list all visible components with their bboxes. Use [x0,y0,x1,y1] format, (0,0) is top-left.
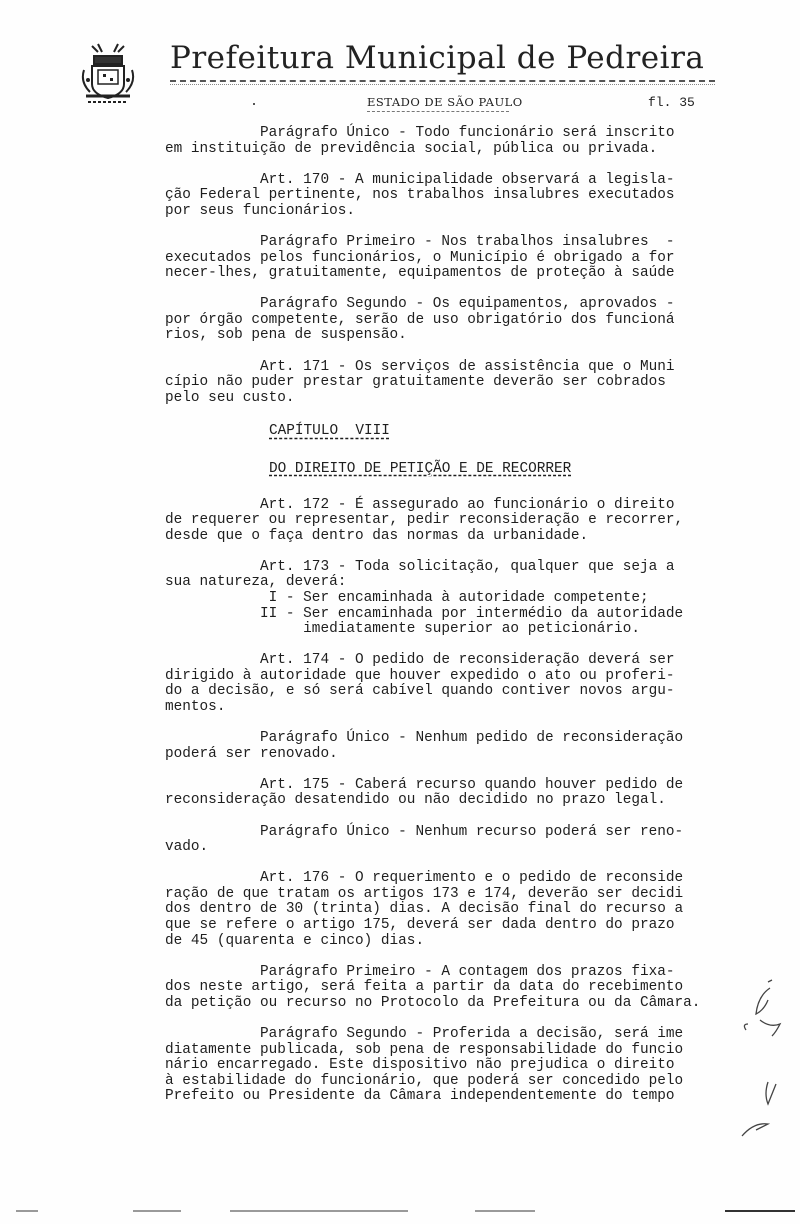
document-page: Prefeitura Municipal de Pedreira ESTADO … [0,0,800,1224]
text-line: cípio não puder prestar gratuitamente de… [165,375,745,391]
text-line: necer-lhes, gratuitamente, equipamentos … [165,266,745,282]
paragraph-art-171: Art. 171 - Os serviços de assistência qu… [165,360,745,407]
scan-artifact [230,1210,408,1212]
paragraph-art-176-paragrafo-segundo: Parágrafo Segundo - Proferida a decisão,… [165,1027,745,1105]
paragraph-art-173: Art. 173 - Toda solicitação, qualquer qu… [165,560,745,638]
chapter-number: CAPÍTULO VIII [269,424,745,440]
text-line: executados pelos funcionários, o Municíp… [165,251,745,267]
text-line: Parágrafo Segundo - Os equipamentos, apr… [165,297,745,313]
text-line: imediatamente superior ao peticionário. [165,622,745,638]
paragraph-art-176-paragrafo-primeiro: Parágrafo Primeiro - A contagem dos praz… [165,965,745,1012]
text-line: do a decisão, e só será cabível quando c… [165,684,745,700]
text-line: Parágrafo Único - Nenhum pedido de recon… [165,731,745,747]
chapter-heading: CAPÍTULO VIII DO DIREITO DE PETIÇÃO E DE… [165,424,745,477]
text-line: Art. 173 - Toda solicitação, qualquer qu… [165,560,745,576]
text-line: pelo seu custo. [165,391,745,407]
text-line: ção Federal pertinente, nos trabalhos in… [165,188,745,204]
folio-number: fl. 35 [648,95,695,110]
scan-speck [253,103,255,105]
text-line: nário encarregado. Este dispositivo não … [165,1058,745,1074]
paragraph-art-175: Art. 175 - Caberá recurso quando houver … [165,778,745,809]
text-line: da petição ou recurso no Protocolo da Pr… [165,996,745,1012]
paragraph-paragrafo-unico-169: Parágrafo Único - Todo funcionário será … [165,126,745,157]
scan-artifact [16,1210,38,1212]
text-line: dos dentro de 30 (trinta) dias. A decisã… [165,902,745,918]
text-line: ração de que tratam os artigos 173 e 174… [165,887,745,903]
text-line: Art. 176 - O requerimento e o pedido de … [165,871,745,887]
paragraph-art-174: Art. 174 - O pedido de reconsideração de… [165,653,745,715]
text-line: por seus funcionários. [165,204,745,220]
paragraph-art-170: Art. 170 - A municipalidade observará a … [165,173,745,220]
paragraph-art-170-paragrafo-segundo: Parágrafo Segundo - Os equipamentos, apr… [165,297,745,344]
paragraph-art-176: Art. 176 - O requerimento e o pedido de … [165,871,745,949]
text-line: Parágrafo Único - Todo funcionário será … [165,126,745,142]
text-line: II - Ser encaminhada por intermédio da a… [165,607,745,623]
text-line: Art. 174 - O pedido de reconsideração de… [165,653,745,669]
text-line: dirigido à autoridade que houver expedid… [165,669,745,685]
title-underline [170,80,715,82]
text-line: Parágrafo Primeiro - A contagem dos praz… [165,965,745,981]
scan-artifact [133,1210,181,1212]
coat-of-arms-icon [78,40,138,106]
page-title: Prefeitura Municipal de Pedreira [170,40,704,76]
text-line: reconsideração desatendido ou não decidi… [165,793,745,809]
text-line: de 45 (quarenta e cinco) dias. [165,934,745,950]
scan-artifact [725,1210,795,1212]
text-line: que se refere o artigo 175, deverá ser d… [165,918,745,934]
chapter-title: DO DIREITO DE PETIÇÃO E DE RECORRER [269,462,745,478]
text-line: por órgão competente, serão de uso obrig… [165,313,745,329]
text-line: I - Ser encaminhada à autoridade compete… [165,591,745,607]
text-line: rios, sob pena de suspensão. [165,328,745,344]
text-line: Parágrafo Segundo - Proferida a decisão,… [165,1027,745,1043]
text-line: Art. 171 - Os serviços de assistência qu… [165,360,745,376]
text-line: Prefeito ou Presidente da Câmara indepen… [165,1089,745,1105]
text-line: Parágrafo Primeiro - Nos trabalhos insal… [165,235,745,251]
handwritten-initials-icon [738,978,788,1138]
text-line: em instituição de previdência social, pú… [165,142,745,158]
text-line: dos neste artigo, será feita a partir da… [165,980,745,996]
title-underline-secondary [170,84,715,85]
text-line: à estabilidade do funcionário, que poder… [165,1074,745,1090]
state-underline [367,111,509,112]
paragraph-art-172: Art. 172 - É assegurado ao funcionário o… [165,498,745,545]
text-line: poderá ser renovado. [165,747,745,763]
paragraph-art-174-paragrafo-unico: Parágrafo Único - Nenhum pedido de recon… [165,731,745,762]
text-line: Art. 175 - Caberá recurso quando houver … [165,778,745,794]
state-subtitle: ESTADO DE SÃO PAULO [367,95,523,109]
paragraph-art-175-paragrafo-unico: Parágrafo Único - Nenhum recurso poderá … [165,825,745,856]
document-body: Parágrafo Único - Todo funcionário será … [165,126,745,1120]
text-line: Art. 172 - É assegurado ao funcionário o… [165,498,745,514]
text-line: Parágrafo Único - Nenhum recurso poderá … [165,825,745,841]
text-line: desde que o faça dentro das normas da ur… [165,529,745,545]
paragraph-art-170-paragrafo-primeiro: Parágrafo Primeiro - Nos trabalhos insal… [165,235,745,282]
text-line: de requerer ou representar, pedir recons… [165,513,745,529]
text-line: mentos. [165,700,745,716]
text-line: sua natureza, deverá: [165,575,745,591]
text-line: diatamente publicada, sob pena de respon… [165,1043,745,1059]
text-line: vado. [165,840,745,856]
text-line: Art. 170 - A municipalidade observará a … [165,173,745,189]
scan-artifact [475,1210,535,1212]
